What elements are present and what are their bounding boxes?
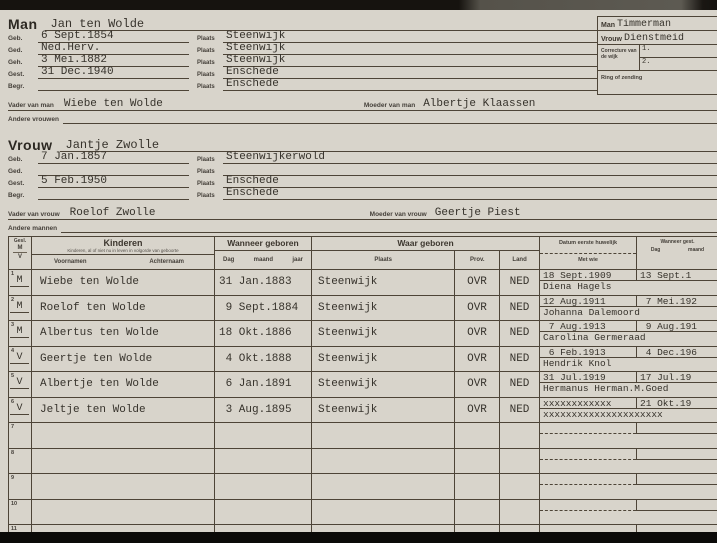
cell-marriage-death: 31 Jul.1919 17 Jul.19 Hermanus Herman.M.… [539, 372, 717, 397]
cell-born-place: Steenwijk [311, 347, 454, 372]
cell-born-place [311, 449, 454, 474]
cell-country [499, 474, 539, 499]
waar-geboren-title: Waar geboren [312, 237, 539, 251]
marriage-date-line: 6 Feb.1913 4 Dec.196 [540, 347, 717, 358]
cell-marriage-death: 6 Feb.1913 4 Dec.196 Hendrik Knol [539, 347, 717, 372]
spouse-name: Hermanus Herman.M.Goed [540, 383, 717, 397]
cell-country [499, 423, 539, 448]
voornamen-label: Voornamen [54, 259, 87, 265]
cell-born-date [214, 500, 311, 525]
blank-line [61, 219, 717, 233]
kinderen-name-labels: Voornamen Achternaam [32, 255, 214, 269]
header-kinderen: Kinderen Kinderen, al of niet nu in leve… [31, 237, 214, 269]
cell-sex: 5 V [9, 372, 31, 397]
marriage-date-line [540, 474, 717, 485]
gest-dag-label: Dag [651, 247, 660, 269]
cell-child-name [31, 449, 214, 474]
man-section-label: Man [8, 17, 38, 31]
vrouw-name-row: Vrouw Jantje Zwolle [8, 134, 717, 152]
death-date [636, 449, 717, 460]
correction-label: Correcture van de wijk [598, 45, 639, 70]
field-value: 7 Jan.1857 [38, 151, 189, 164]
plaats-label: Plaats [189, 36, 223, 43]
marriage-date-line [540, 500, 717, 511]
other-label: Andere mannen [8, 225, 61, 233]
cell-country [499, 500, 539, 525]
dag-label: Dag [223, 257, 234, 263]
cell-province [454, 449, 499, 474]
plaats-value: Enschede [223, 78, 597, 91]
field-value [38, 199, 189, 200]
spouse-name [540, 460, 717, 474]
plaats-col-label: Plaats [312, 251, 454, 269]
father-label: Vader van vrouw [8, 211, 64, 219]
cell-born-place [311, 500, 454, 525]
cell-sex: 8 [9, 449, 31, 474]
marriage-date-line: 18 Sept.1909 13 Sept.1 [540, 270, 717, 281]
cell-child-name [31, 474, 214, 499]
occupation-man-row: Man Timmerman [598, 17, 717, 31]
cell-country: NED [499, 321, 539, 346]
death-date: 13 Sept.1 [636, 270, 717, 281]
cell-child-name [31, 500, 214, 525]
wanneer-gest-label: Wanneer gest. [637, 237, 717, 245]
table-row: 2 M Roelof ten Wolde 9 Sept.1884 Steenwi… [9, 296, 717, 322]
cell-country: NED [499, 270, 539, 295]
cell-child-name: Wiebe ten Wolde [31, 270, 214, 295]
cell-province [454, 423, 499, 448]
table-row: 5 V Albertje ten Wolde 6 Jan.1891 Steenw… [9, 372, 717, 398]
wanneer-geboren-title: Wanneer geboren [215, 237, 311, 251]
marriage-date-line [540, 449, 717, 460]
correction-line-1: 1. [640, 45, 717, 58]
ring-label: Ring of zending [598, 71, 717, 81]
correction-cells: 1. 2. [639, 45, 717, 70]
cell-sex: 10 [9, 500, 31, 525]
vrouw-section: Vrouw Jantje Zwolle Geb. 7 Jan.1857 Plaa… [8, 134, 717, 233]
cell-country: NED [499, 398, 539, 423]
land-col-label: Land [499, 251, 539, 269]
jaar-label: jaar [292, 257, 303, 263]
cell-marriage-death: 18 Sept.1909 13 Sept.1 Diena Hagels [539, 270, 717, 295]
header-huwelijk-gest: Datum eerste huwelijk Met wie Wanneer ge… [539, 237, 717, 269]
cell-born-place: Steenwijk [311, 372, 454, 397]
gest-maand-label: maand [688, 247, 704, 269]
plaats-label: Plaats [189, 157, 223, 164]
children-table: Gesl. M V Kinderen Kinderen, al of niet … [8, 236, 717, 543]
maand-label: maand [254, 257, 273, 263]
marriage-date [540, 449, 636, 460]
cell-sex: 1 M [9, 270, 31, 295]
spouse-name: Johanna Dalemoord [540, 307, 717, 321]
spouse-name [540, 511, 717, 525]
cell-born-place: Steenwijk [311, 296, 454, 321]
cell-born-date: 3 Aug.1895 [214, 398, 311, 423]
cell-province [454, 500, 499, 525]
marriage-date: xxxxxxxxxxxx [540, 398, 636, 409]
plaats-label: Plaats [189, 72, 223, 79]
cell-born-place: Steenwijk [311, 398, 454, 423]
cell-marriage-death: 7 Aug.1913 9 Aug.191 Carolina Germeraad [539, 321, 717, 346]
occupation-man-label: Man [601, 22, 617, 30]
sex-value [10, 454, 29, 465]
occupation-vrouw-value: Dienstmeid [624, 33, 684, 44]
occupation-man-value: Timmerman [617, 19, 671, 30]
cell-marriage-death: xxxxxxxxxxxx 21 Okt.19 xxxxxxxxxxxxxxxxx… [539, 398, 717, 423]
man-name-row: Man Jan ten Wolde [8, 13, 597, 31]
cell-province [454, 474, 499, 499]
field-label: Begr. [8, 83, 38, 91]
spouse-name [540, 434, 717, 448]
vrouw-field-row: Begr. Plaats Enschede [8, 188, 717, 200]
achternaam-label: Achternaam [149, 259, 184, 265]
spouse-name: Diena Hagels [540, 281, 717, 295]
cell-country: NED [499, 347, 539, 372]
marriage-date [540, 423, 636, 434]
header-wanneer-geboren: Wanneer geboren Dag maand jaar [214, 237, 311, 269]
cell-born-date: 31 Jan.1883 [214, 270, 311, 295]
cell-child-name: Albertus ten Wolde [31, 321, 214, 346]
cell-sex: 2 M [9, 296, 31, 321]
sex-value: V [10, 352, 29, 364]
cell-province: OVR [454, 372, 499, 397]
marriage-date-line [540, 423, 717, 434]
cell-country [499, 449, 539, 474]
plaats-label: Plaats [189, 48, 223, 55]
marriage-date: 31 Jul.1919 [540, 372, 636, 383]
sex-value: M [10, 326, 29, 338]
cell-born-date: 4 Okt.1888 [214, 347, 311, 372]
occupation-box: Man Timmerman Vrouw Dienstmeid Correctur… [597, 16, 717, 95]
mother-name: Albertje Klaassen [419, 98, 717, 110]
death-date [636, 423, 717, 434]
cell-born-date: 9 Sept.1884 [214, 296, 311, 321]
sex-value [10, 428, 29, 439]
spouse-name: Carolina Germeraad [540, 332, 717, 346]
plaats-label: Plaats [189, 60, 223, 67]
vrouw-field-row: Geb. 7 Jan.1857 Plaats Steenwijkerwold [8, 152, 717, 164]
death-date [636, 474, 717, 485]
other-label: Andere vrouwen [8, 116, 63, 124]
marriage-date-line: 12 Aug.1911 7 Mei.192 [540, 296, 717, 307]
marriage-date-line: 7 Aug.1913 9 Aug.191 [540, 321, 717, 332]
sex-value [10, 505, 29, 516]
blank-line [63, 110, 717, 124]
field-label: Ged. [8, 168, 38, 176]
mother-label: Moeder van vrouw [370, 211, 431, 219]
field-label: Gest. [8, 180, 38, 188]
cell-marriage-death [539, 423, 717, 448]
field-label: Ged. [8, 47, 38, 55]
datum-huwelijk-label: Datum eerste huwelijk [540, 237, 636, 254]
sex-value: V [10, 377, 29, 389]
cell-sex: 4 V [9, 347, 31, 372]
table-row: 10 [9, 500, 717, 526]
death-date [636, 500, 717, 511]
header-wanneer-gest: Wanneer gest. Dag maand [636, 237, 717, 269]
occupation-vrouw-row: Vrouw Dienstmeid [598, 31, 717, 45]
cell-country: NED [499, 296, 539, 321]
vrouw-section-label: Vrouw [8, 138, 53, 152]
table-row: 7 [9, 423, 717, 449]
cell-child-name: Roelof ten Wolde [31, 296, 214, 321]
marriage-date: 18 Sept.1909 [540, 270, 636, 281]
mother-name: Geertje Piest [431, 207, 717, 219]
mother-label: Moeder van man [364, 102, 419, 110]
cell-child-name: Jeltje ten Wolde [31, 398, 214, 423]
table-row: 9 [9, 474, 717, 500]
cell-province: OVR [454, 347, 499, 372]
prov-col-label: Prov. [454, 251, 499, 269]
plaats-label: Plaats [189, 84, 223, 91]
field-value: 31 Dec.1940 [38, 66, 189, 79]
marriage-date: 12 Aug.1911 [540, 296, 636, 307]
table-row: 6 V Jeltje ten Wolde 3 Aug.1895 Steenwij… [9, 398, 717, 424]
kinderen-title: Kinderen [32, 237, 214, 248]
field-label: Begr. [8, 192, 38, 200]
field-label: Geb. [8, 35, 38, 43]
cell-marriage-death [539, 449, 717, 474]
field-label: Geb. [8, 156, 38, 164]
father-label: Vader van man [8, 102, 58, 110]
marriage-date-line: xxxxxxxxxxxx 21 Okt.19 [540, 398, 717, 409]
cell-born-date: 6 Jan.1891 [214, 372, 311, 397]
cell-sex: 3 M [9, 321, 31, 346]
man-parents-row: Vader van man Wiebe ten Wolde Moeder van… [8, 94, 717, 111]
death-date: 21 Okt.19 [636, 398, 717, 409]
death-date: 7 Mei.192 [636, 296, 717, 307]
plaats-value: Enschede [223, 187, 717, 200]
sex-value: V [10, 403, 29, 415]
death-date: 17 Jul.19 [636, 372, 717, 383]
cell-province: OVR [454, 270, 499, 295]
spouse-name: xxxxxxxxxxxxxxxxxxxxx [540, 409, 717, 423]
marriage-date [540, 500, 636, 511]
plaats-label: Plaats [189, 169, 223, 176]
cell-born-date: 18 Okt.1886 [214, 321, 311, 346]
marriage-date: 7 Aug.1913 [540, 321, 636, 332]
field-value [38, 90, 189, 91]
cell-sex: 9 [9, 474, 31, 499]
marriage-date-line: 31 Jul.1919 17 Jul.19 [540, 372, 717, 383]
wanneer-gest-sub: Dag maand [637, 245, 717, 269]
gesl-label: Gesl. [14, 237, 26, 244]
children-table-body: 1 M Wiebe ten Wolde 31 Jan.1883 Steenwij… [9, 270, 717, 543]
field-value: 5 Feb.1950 [38, 175, 189, 188]
field-label: Geh. [8, 59, 38, 67]
header-huwelijk: Datum eerste huwelijk Met wie [540, 237, 636, 269]
marriage-date [540, 474, 636, 485]
man-other-row: Andere vrouwen [8, 111, 717, 124]
cell-child-name: Geertje ten Wolde [31, 347, 214, 372]
correction-line-2: 2. [640, 58, 717, 70]
header-waar-geboren: Waar geboren Plaats Prov. Land [311, 237, 539, 269]
cell-sex: 7 [9, 423, 31, 448]
father-name: Roelof Zwolle [64, 207, 370, 219]
occupation-vrouw-label: Vrouw [601, 36, 624, 44]
kinderen-subtitle: Kinderen, al of niet nu in leven in volg… [32, 248, 214, 255]
spouse-name: Hendrik Knol [540, 358, 717, 372]
cell-child-name: Albertje ten Wolde [31, 372, 214, 397]
waar-geboren-sub: Plaats Prov. Land [312, 251, 539, 269]
table-row: 8 [9, 449, 717, 475]
cell-born-place [311, 474, 454, 499]
man-field-row: Begr. Plaats Enschede [8, 79, 597, 91]
children-table-header: Gesl. M V Kinderen Kinderen, al of niet … [9, 237, 717, 270]
marriage-date: 6 Feb.1913 [540, 347, 636, 358]
plaats-label: Plaats [189, 193, 223, 200]
table-row: 3 M Albertus ten Wolde 18 Okt.1886 Steen… [9, 321, 717, 347]
plaats-value: Steenwijkerwold [223, 151, 717, 164]
cell-born-date [214, 449, 311, 474]
cell-marriage-death [539, 474, 717, 499]
sex-value: M [10, 301, 29, 313]
cell-born-place: Steenwijk [311, 270, 454, 295]
scan-edge-top [0, 0, 717, 10]
cell-sex: 6 V [9, 398, 31, 423]
header-gesl: Gesl. M V [9, 237, 31, 269]
cell-born-date [214, 474, 311, 499]
plaats-label: Plaats [189, 181, 223, 188]
gesl-v-label: V [13, 253, 27, 261]
cell-province: OVR [454, 296, 499, 321]
cell-marriage-death: 12 Aug.1911 7 Mei.192 Johanna Dalemoord [539, 296, 717, 321]
spouse-name [540, 485, 717, 499]
father-name: Wiebe ten Wolde [58, 98, 364, 110]
sex-value [10, 479, 29, 490]
table-row: 1 M Wiebe ten Wolde 31 Jan.1883 Steenwij… [9, 270, 717, 296]
vrouw-other-row: Andere mannen [8, 220, 717, 233]
death-date: 9 Aug.191 [636, 321, 717, 332]
sex-value: M [10, 275, 29, 287]
cell-country: NED [499, 372, 539, 397]
cell-province: OVR [454, 398, 499, 423]
scan-edge-bottom [0, 532, 717, 543]
met-wie-label: Met wie [540, 254, 636, 270]
wanneer-geboren-sub: Dag maand jaar [215, 251, 311, 269]
cell-province: OVR [454, 321, 499, 346]
death-date: 4 Dec.196 [636, 347, 717, 358]
gesl-m-label: M [13, 244, 27, 253]
correction-block: Correcture van de wijk 1. 2. [598, 45, 717, 71]
cell-born-date [214, 423, 311, 448]
table-row: 4 V Geertje ten Wolde 4 Okt.1888 Steenwi… [9, 347, 717, 373]
field-label: Gest. [8, 71, 38, 79]
cell-child-name [31, 423, 214, 448]
vrouw-parents-row: Vader van vrouw Roelof Zwolle Moeder van… [8, 203, 717, 220]
cell-born-place: Steenwijk [311, 321, 454, 346]
cell-born-place [311, 423, 454, 448]
cell-marriage-death [539, 500, 717, 525]
